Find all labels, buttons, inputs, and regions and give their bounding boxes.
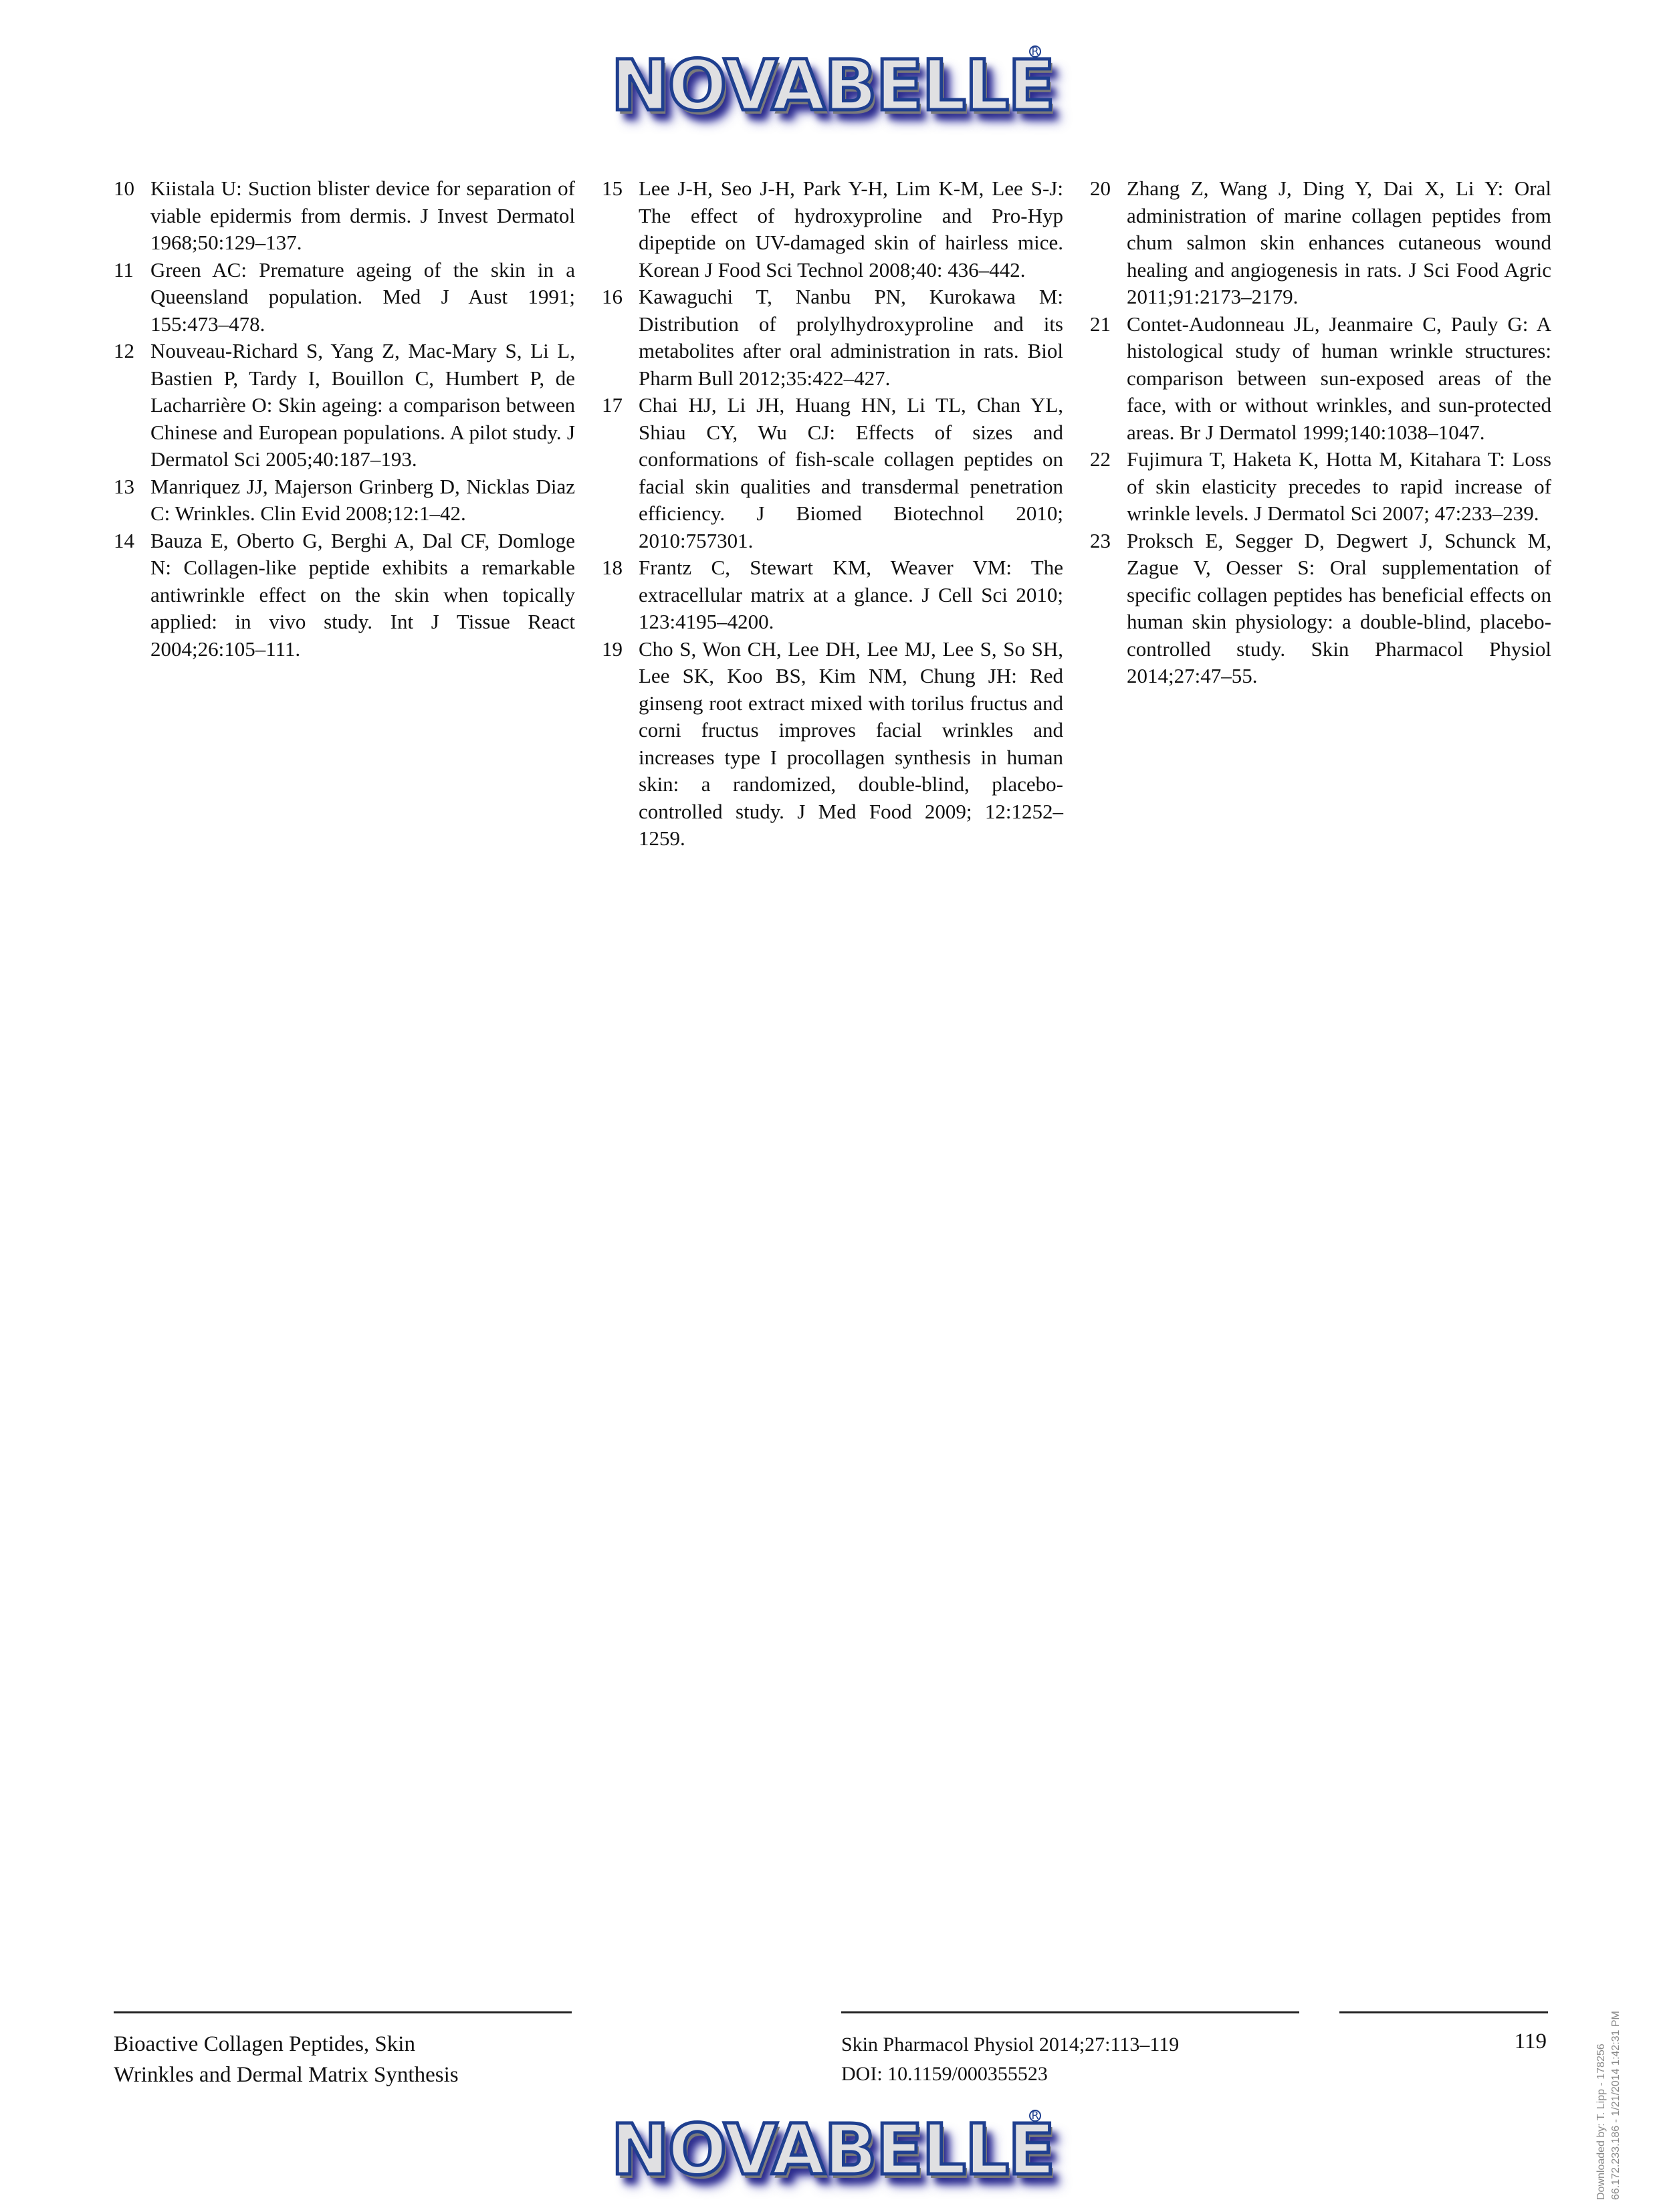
- reference-item: 22Fujimura T, Haketa K, Hotta M, Kitahar…: [1090, 446, 1551, 528]
- reference-number: 10: [114, 175, 150, 257]
- reference-text: Green AC: Premature ageing of the skin i…: [150, 257, 575, 338]
- reference-number: 16: [602, 284, 639, 392]
- reference-text: Frantz C, Stewart KM, Weaver VM: The ext…: [639, 554, 1063, 636]
- reference-number: 20: [1090, 175, 1127, 311]
- reference-item: 17Chai HJ, Li JH, Huang HN, Li TL, Chan …: [602, 392, 1063, 554]
- reference-item: 21Contet-Audonneau JL, Jeanmaire C, Paul…: [1090, 311, 1551, 447]
- reference-number: 12: [114, 338, 150, 473]
- footer-divider: [841, 2011, 1299, 2013]
- references-column-2: 15Lee J-H, Seo J-H, Park Y-H, Lim K-M, L…: [602, 175, 1063, 853]
- reference-text: Kiistala U: Suction blister device for s…: [150, 175, 575, 257]
- journal-reference: Skin Pharmacol Physiol 2014;27:113–119: [841, 2030, 1179, 2060]
- reference-number: 11: [114, 257, 150, 338]
- running-title-line: Wrinkles and Dermal Matrix Synthesis: [114, 2060, 459, 2090]
- registered-mark-icon: R: [1029, 2110, 1041, 2122]
- reference-text: Contet-Audonneau JL, Jeanmaire C, Pauly …: [1127, 311, 1551, 447]
- footer-divider: [114, 2011, 572, 2013]
- reference-number: 22: [1090, 446, 1127, 528]
- reference-item: 23Proksch E, Segger D, Degwert J, Schunc…: [1090, 528, 1551, 690]
- download-line: 66.172.233.186 - 1/21/2014 1:42:31 PM: [1609, 2011, 1624, 2200]
- reference-item: 18Frantz C, Stewart KM, Weaver VM: The e…: [602, 554, 1063, 636]
- novabelle-logo-bottom: NOVABELLE R: [619, 2110, 1046, 2190]
- reference-text: Proksch E, Segger D, Degwert J, Schunck …: [1127, 528, 1551, 690]
- footer-divider: [1339, 2011, 1548, 2013]
- reference-text: Bauza E, Oberto G, Berghi A, Dal CF, Dom…: [150, 528, 575, 663]
- reference-text: Kawaguchi T, Nanbu PN, Kurokawa M: Distr…: [639, 284, 1063, 392]
- running-title: Bioactive Collagen Peptides, Skin Wrinkl…: [114, 2029, 459, 2090]
- page-number: 119: [1471, 2026, 1547, 2057]
- reference-item: 12Nouveau-Richard S, Yang Z, Mac-Mary S,…: [114, 338, 575, 473]
- reference-item: 10Kiistala U: Suction blister device for…: [114, 175, 575, 257]
- references-column-1: 10Kiistala U: Suction blister device for…: [114, 175, 575, 663]
- reference-item: 19Cho S, Won CH, Lee DH, Lee MJ, Lee S, …: [602, 636, 1063, 853]
- reference-number: 17: [602, 392, 639, 554]
- novabelle-logo-top: NOVABELLE R: [619, 45, 1046, 126]
- reference-number: 14: [114, 528, 150, 663]
- reference-number: 23: [1090, 528, 1127, 690]
- reference-text: Lee J-H, Seo J-H, Park Y-H, Lim K-M, Lee…: [639, 175, 1063, 284]
- logo-wordmark: NOVABELLE: [611, 51, 1054, 120]
- reference-number: 15: [602, 175, 639, 284]
- reference-number: 18: [602, 554, 639, 636]
- reference-number: 19: [602, 636, 639, 853]
- references-column-3: 20Zhang Z, Wang J, Ding Y, Dai X, Li Y: …: [1090, 175, 1551, 690]
- download-line: Downloaded by: T. Lipp - 178256: [1594, 2011, 1609, 2200]
- doi: DOI: 10.1159/000355523: [841, 2060, 1179, 2089]
- reference-text: Chai HJ, Li JH, Huang HN, Li TL, Chan YL…: [639, 392, 1063, 554]
- reference-number: 13: [114, 473, 150, 528]
- reference-text: Cho S, Won CH, Lee DH, Lee MJ, Lee S, So…: [639, 636, 1063, 853]
- reference-item: 14Bauza E, Oberto G, Berghi A, Dal CF, D…: [114, 528, 575, 663]
- reference-item: 16Kawaguchi T, Nanbu PN, Kurokawa M: Dis…: [602, 284, 1063, 392]
- reference-text: Fujimura T, Haketa K, Hotta M, Kitahara …: [1127, 446, 1551, 528]
- reference-text: Manriquez JJ, Majerson Grinberg D, Nickl…: [150, 473, 575, 528]
- reference-text: Nouveau-Richard S, Yang Z, Mac-Mary S, L…: [150, 338, 575, 473]
- reference-item: 15Lee J-H, Seo J-H, Park Y-H, Lim K-M, L…: [602, 175, 1063, 284]
- running-title-line: Bioactive Collagen Peptides, Skin: [114, 2029, 459, 2060]
- journal-citation: Skin Pharmacol Physiol 2014;27:113–119 D…: [841, 2030, 1179, 2089]
- reference-item: 11Green AC: Premature ageing of the skin…: [114, 257, 575, 338]
- reference-item: 13Manriquez JJ, Majerson Grinberg D, Nic…: [114, 473, 575, 528]
- reference-item: 20Zhang Z, Wang J, Ding Y, Dai X, Li Y: …: [1090, 175, 1551, 311]
- registered-mark-icon: R: [1029, 45, 1041, 58]
- logo-wordmark: NOVABELLE: [611, 2115, 1054, 2185]
- reference-number: 21: [1090, 311, 1127, 447]
- download-watermark: Downloaded by: T. Lipp - 178256 66.172.2…: [1594, 2011, 1624, 2200]
- reference-text: Zhang Z, Wang J, Ding Y, Dai X, Li Y: Or…: [1127, 175, 1551, 311]
